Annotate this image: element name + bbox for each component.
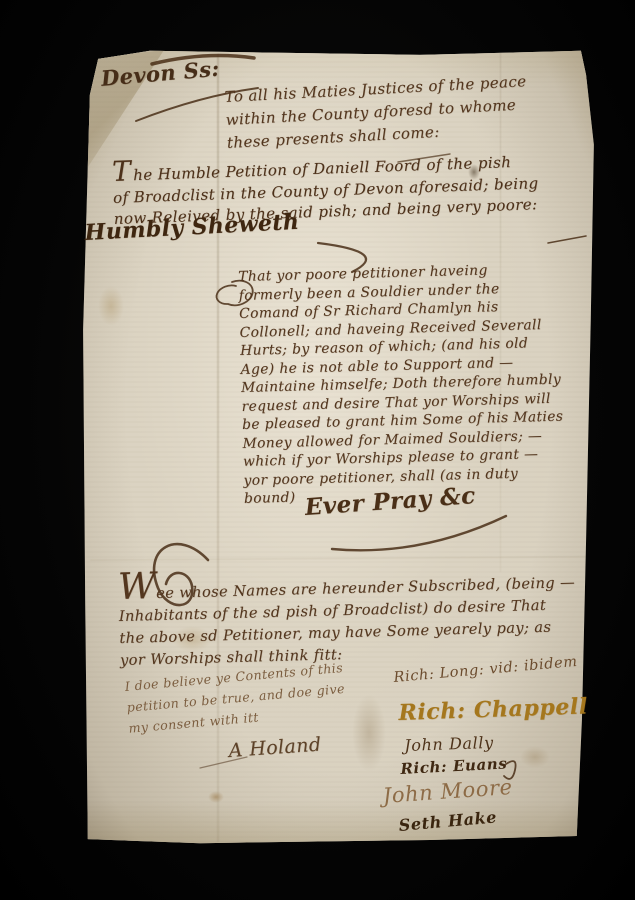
signature-john-dally: John Dally xyxy=(404,733,494,755)
photograph-of-manuscript: Devon Ss: To all his Maties Justices of … xyxy=(0,0,635,900)
petition-body: That yor poore petitioner haveing former… xyxy=(238,260,565,509)
subscription-block: Wee whose Names are hereunder Subscribed… xyxy=(118,572,577,672)
